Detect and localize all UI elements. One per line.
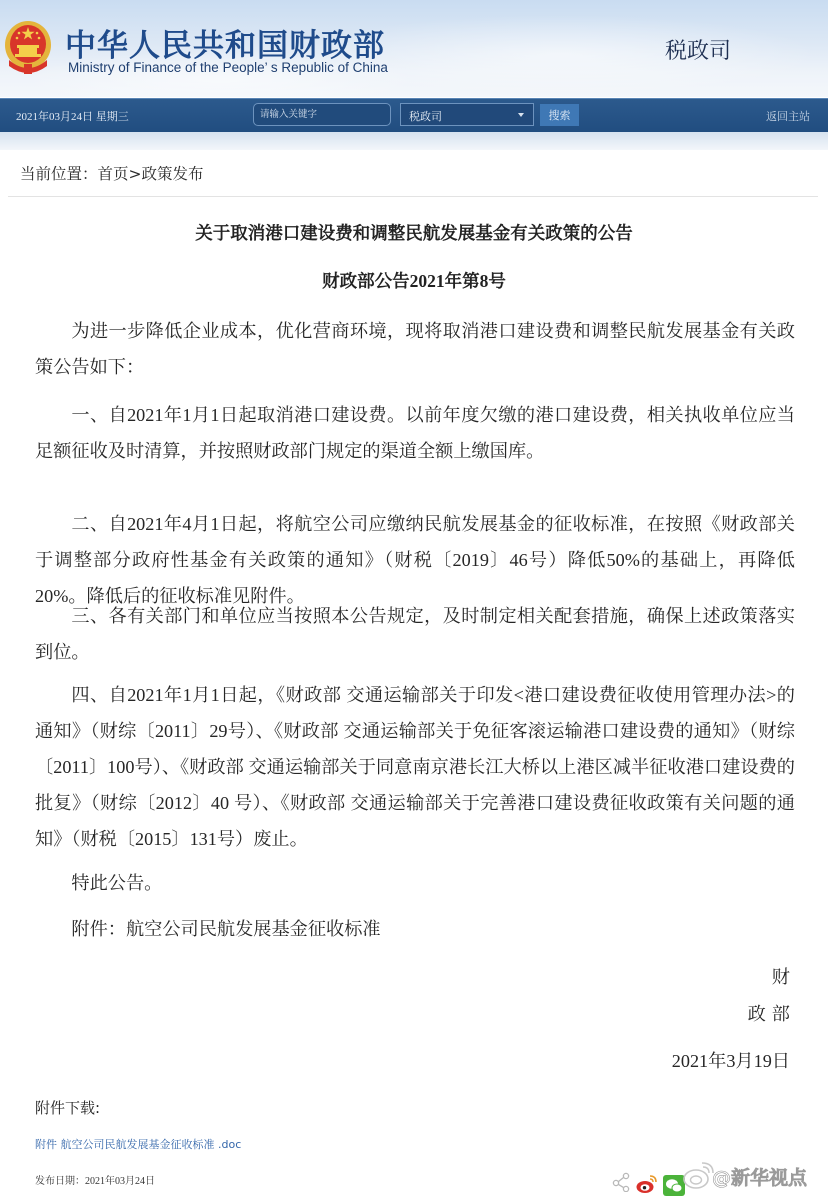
top-navbar: 2021年03月24日 星期三 税政司 搜索 返回主站 [0, 98, 828, 132]
article-attachment-note: 附件：航空公司民航发展基金征收标准 [35, 911, 795, 947]
national-emblem-icon [3, 18, 53, 76]
breadcrumb: 当前位置：首页>政策发布 [20, 162, 204, 184]
breadcrumb-divider [8, 196, 818, 197]
article-paragraph: 为进一步降低企业成本，优化营商环境，现将取消港口建设费和调整民航发展基金有关政策… [35, 313, 795, 385]
article-title: 关于取消港口建设费和调整民航发展基金有关政策的公告 [0, 220, 828, 245]
search-scope-select[interactable]: 税政司 [400, 103, 534, 126]
department-name: 税政司 [665, 34, 731, 65]
breadcrumb-home[interactable]: 首页 [98, 165, 129, 183]
article-number: 财政部公告2021年第8号 [0, 268, 828, 293]
share-icon[interactable] [612, 1172, 632, 1192]
weibo-icon[interactable] [636, 1174, 658, 1194]
article-paragraph: 四、自2021年1月1日起，《财政部 交通运输部关于印发<港口建设费征收使用管理… [35, 677, 795, 857]
article-paragraph: 一、自2021年1月1日起取消港口建设费。以前年度欠缴的港口建设费，相关执收单位… [35, 397, 795, 469]
search-button[interactable]: 搜索 [540, 104, 579, 126]
watermark-text: @新华视点 [712, 1163, 807, 1190]
article-paragraph: 特此公告。 [35, 865, 795, 901]
current-date: 2021年03月24日 星期三 [16, 108, 129, 124]
signature-date: 2021年3月19日 [672, 1047, 790, 1073]
site-title-cn: 中华人民共和国财政部 [65, 20, 385, 65]
attachment-download-link[interactable]: 附件 航空公司民航发展基金征收标准 .doc [35, 1136, 241, 1152]
return-main-site-link[interactable]: 返回主站 [766, 108, 810, 124]
breadcrumb-current[interactable]: 政策发布 [142, 165, 204, 183]
breadcrumb-separator: > [129, 165, 142, 183]
site-title-en: Ministry of Finance of the People’ s Rep… [68, 60, 388, 75]
navbar-subbar [0, 132, 828, 150]
site-header: 中华人民共和国财政部 Ministry of Finance of the Pe… [0, 0, 828, 97]
signature-line-2: 政部 [748, 1000, 796, 1026]
breadcrumb-label: 当前位置： [20, 165, 98, 183]
chevron-down-icon [518, 113, 524, 117]
search-input[interactable] [253, 103, 391, 126]
search-scope-value: 税政司 [409, 110, 442, 123]
attachments-heading: 附件下载: [35, 1097, 100, 1118]
weibo-watermark-icon [682, 1160, 716, 1190]
publish-date: 发布日期：2021年03月24日 [35, 1172, 155, 1187]
signature-line-1: 财 [772, 963, 790, 989]
article-paragraph: 三、各有关部门和单位应当按照本公告规定，及时制定相关配套措施，确保上述政策落实到… [35, 598, 795, 670]
